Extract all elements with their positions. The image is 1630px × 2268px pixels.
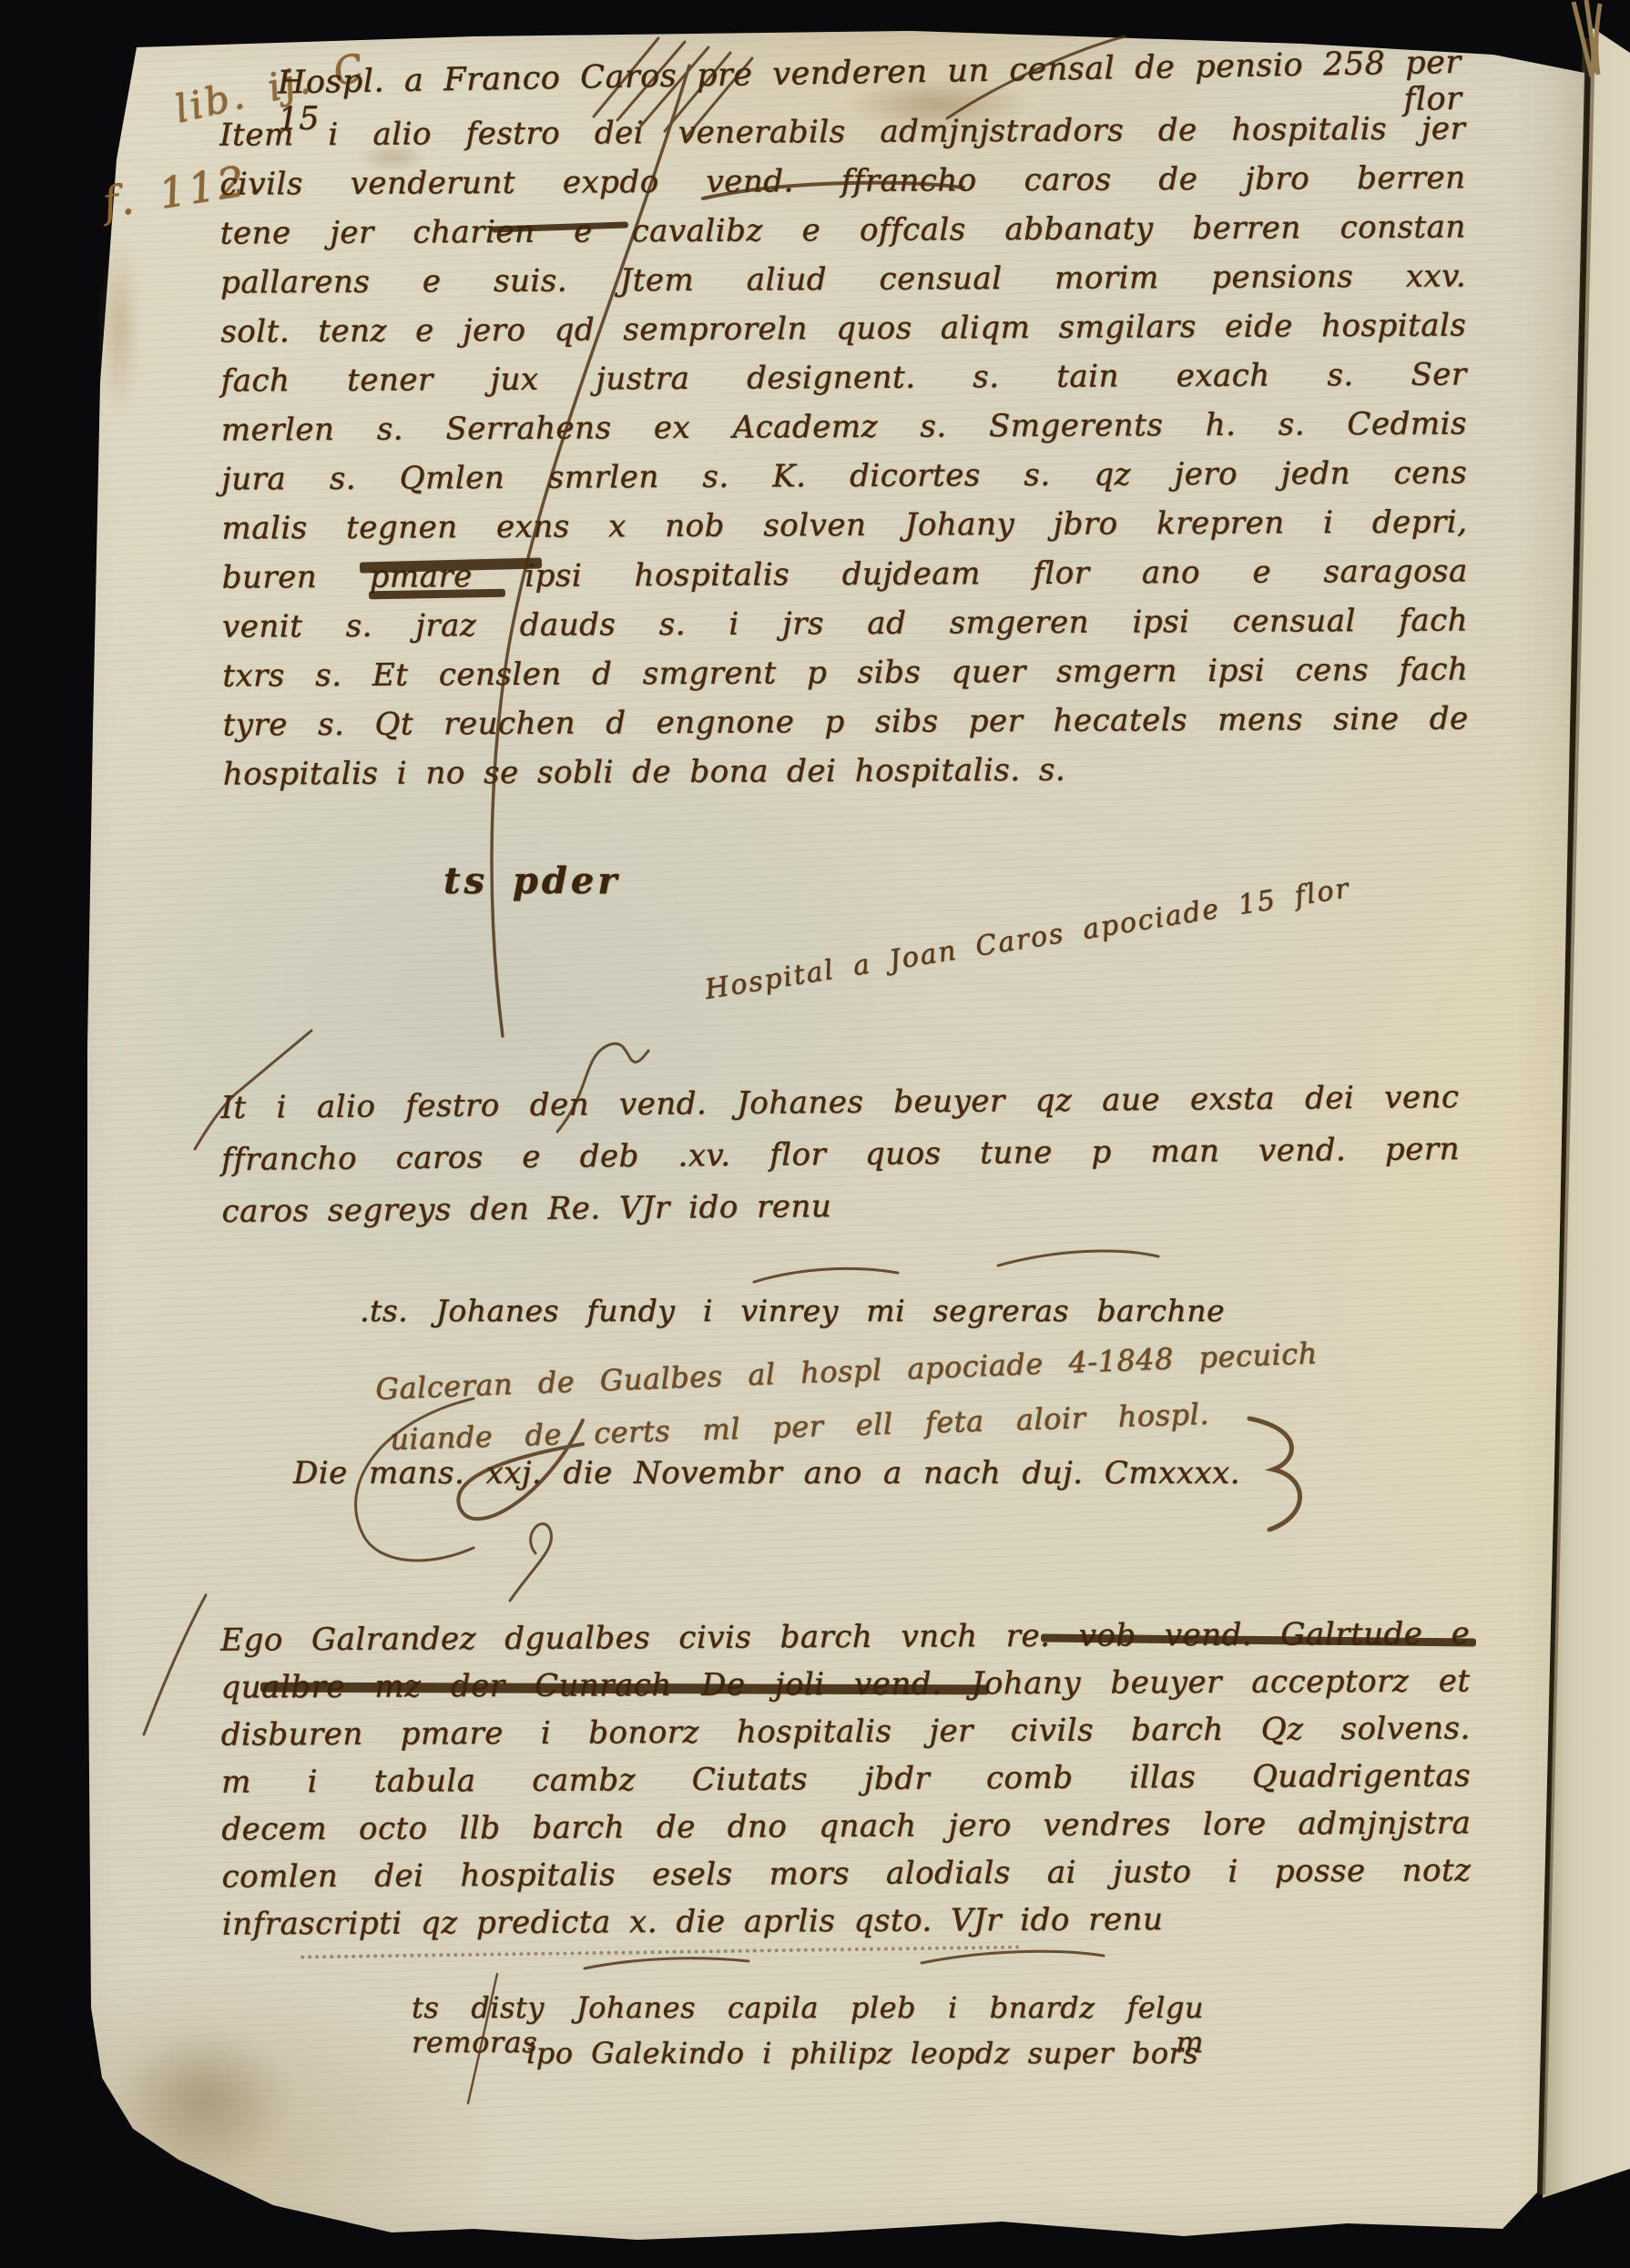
manuscript-line: Item i alio festro dei venerabils admjnj…: [219, 104, 1465, 159]
manuscript-line: txrs s. Et censlen d smgrent p sibs quer…: [222, 645, 1468, 700]
manuscript-line: merlen s. Serrahens ex Academz s. Smgere…: [221, 399, 1467, 454]
manuscript-line: caros segreys den Re. VJr ido renu: [221, 1175, 1460, 1238]
manuscript-line: venit s. jraz dauds s. i jrs ad smgeren …: [222, 595, 1468, 651]
manuscript-line: solt. tenz e jero qd semproreln quos ali…: [220, 300, 1466, 356]
manuscript-line: pallarens e suis. Jtem aliud censual mor…: [220, 251, 1466, 307]
manuscript-line: tyre s. Qt reuchen d engnone p sibs per …: [222, 694, 1468, 749]
manuscript-line: hospitalis i no se sobli de bona dei hos…: [223, 743, 1469, 798]
manuscript-line: malis tegnen exns x nob solven Johany jb…: [221, 497, 1467, 553]
manuscript-line: buren pmare ipsi hospitalis dujdeam flor…: [222, 546, 1468, 602]
witness-note: .ts. Johanes fundy i vinrey mi segreras …: [360, 1293, 1225, 1328]
manuscript-line: jura s. Qmlen smrlen s. K. dicortes s. q…: [221, 448, 1467, 503]
receipt-mark: ts pder: [443, 859, 620, 902]
manuscript-line: civils venderunt expdo vend. ffrancho ca…: [219, 153, 1465, 208]
manuscript-line: .ts. Johanes fundy i vinrey mi segreras …: [360, 1293, 1225, 1328]
manuscript-line: tene jer charien e cavalibz e offcals ab…: [220, 202, 1466, 258]
manuscript-line: Ego Galrandez dgualbes civis barch vnch …: [220, 1610, 1470, 1663]
manuscript-line: qualbre mz der Cunrach De joli vend. Joh…: [220, 1657, 1470, 1711]
closing-note-2: ipo Galekindo i philipz leopdz super bor…: [526, 2036, 1198, 2070]
paragraph-1: Item i alio festro dei venerabils admjnj…: [219, 104, 1469, 798]
manuscript-line: Die mans. xxj. die Novembr ano a nach du…: [293, 1455, 1240, 1491]
manuscript-line: infrascripti qz predicta x. die aprlis q…: [222, 1894, 1472, 1948]
manuscript-line: comlen dei hospitalis esels mors alodial…: [221, 1846, 1471, 1900]
manuscript-line: disburen pmare i bonorz hospitalis jer c…: [221, 1704, 1471, 1758]
manuscript-line: ffrancho caros e deb .xv. flor quos tune…: [221, 1124, 1460, 1186]
manuscript-line: fach tener jux justra designent. s. tain…: [220, 350, 1466, 405]
paragraph-3: Ego Galrandez dgualbes civis barch vnch …: [220, 1610, 1472, 1948]
date-line: Die mans. xxj. die Novembr ano a nach du…: [293, 1455, 1240, 1491]
manuscript-photo: lib. ij. C f. 112. Hospl. a Franco Caros…: [0, 0, 1630, 2268]
manuscript-line: decem octo llb barch de dno qnach jero v…: [221, 1799, 1471, 1853]
paragraph-2: It i alio festro den vend. Johanes beuye…: [220, 1072, 1460, 1238]
manuscript-line: m i tabula cambz Ciutats jbdr comb illas…: [221, 1752, 1471, 1805]
